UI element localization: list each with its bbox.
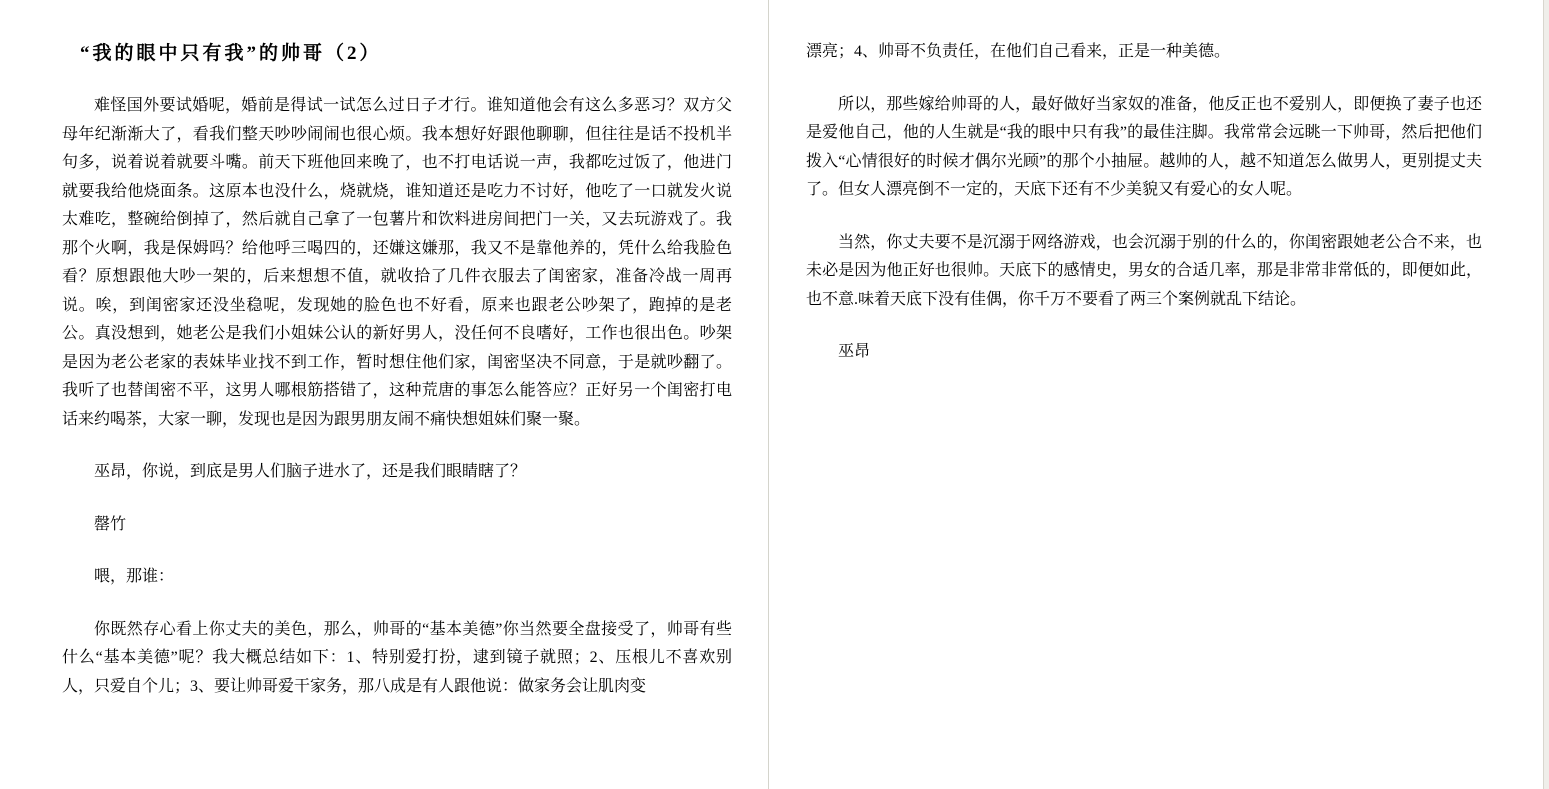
paragraph: 当然，你丈夫要不是沉溺于网络游戏，也会沉溺于别的什么的，你闺密跟她老公合不来，也… <box>806 229 1482 315</box>
left-page-column: “我的眼中只有我”的帅哥（2） 难怪国外要试婚呢，婚前是得试一试怎么过日子才行。… <box>62 38 732 725</box>
paragraph-continuation: 漂亮；4、帅哥不负责任，在他们自己看来，正是一种美德。 <box>806 38 1482 67</box>
signature-wuang: 巫昂 <box>806 338 1482 367</box>
page-right-edge-shade <box>1544 0 1549 789</box>
salutation: 喂，那谁： <box>62 563 732 592</box>
column-divider-line <box>768 0 769 789</box>
document-page: “我的眼中只有我”的帅哥（2） 难怪国外要试婚呢，婚前是得试一试怎么过日子才行。… <box>0 0 1549 789</box>
right-page-column: 漂亮；4、帅哥不负责任，在他们自己看来，正是一种美德。 所以，那些嫁给帅哥的人，… <box>806 38 1482 391</box>
paragraph: 所以，那些嫁给帅哥的人，最好做好当家奴的准备，他反正也不爱别人，即便换了妻子也还… <box>806 91 1482 205</box>
paragraph: 巫昂，你说，到底是男人们脑子进水了，还是我们眼睛瞎了？ <box>62 458 732 487</box>
chapter-title: “我的眼中只有我”的帅哥（2） <box>80 42 732 66</box>
paragraph: 难怪国外要试婚呢，婚前是得试一试怎么过日子才行。谁知道他会有这么多恶习？双方父母… <box>62 92 732 434</box>
paragraph: 你既然存心看上你丈夫的美色，那么，帅哥的“基本美德”你当然要全盘接受了，帅哥有些… <box>62 616 732 702</box>
signature-qingzhu: 罄竹 <box>62 511 732 540</box>
